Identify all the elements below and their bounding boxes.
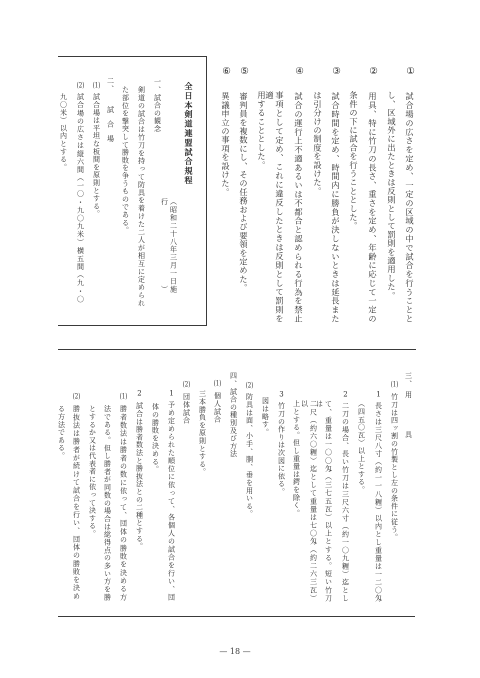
section-4-method-2-marker: (2) (72, 393, 81, 400)
section-4-sub-2-marker: 2 (135, 390, 144, 397)
section-4-item-1-marker: (1) (213, 380, 222, 387)
summary-point-4-line: 試合の運行上不適あるいは不都合と認められる行為を禁止 (294, 92, 304, 323)
box-right-border (206, 56, 207, 326)
section-3-sub-2-line: て、重量は一〇〇匁（三七五瓦）以上とする。短い竹刀は (324, 400, 333, 602)
section-3-sub-3-marker: 3 (277, 391, 286, 398)
summary-point-6-marker: ⑥ (221, 66, 231, 77)
section-3-item-2-marker: (2) (245, 382, 254, 389)
section-4-method-1-line: とするか又は代表者に依って決する。 (88, 405, 97, 538)
section-2-item-1-marker: (1) (92, 82, 101, 89)
summary-point-6-line: 異議申立の事項を設けた。 (221, 92, 231, 196)
box-top-border (58, 56, 207, 57)
regulation-title: 全日本剣道連盟試合規程 (184, 82, 194, 184)
section-1-number: 一、 (154, 78, 162, 94)
section-4-sub-1-marker: 1 (167, 390, 176, 397)
section-2-title: 試合場 (106, 106, 115, 150)
section-3-title: 用具 (404, 391, 413, 471)
section-3-item-2-line: 防具は面、小手、胴、垂を用いる。 (245, 393, 254, 518)
section-3-number: 三、 (404, 372, 413, 388)
section-3-sub-2-line: 二刀の場合、長い竹刀は三尺六寸（約一〇九糎）迄とし (341, 402, 350, 602)
section-4-number: 四、 (230, 372, 238, 388)
section-4-method-1-line: 法である。但し勝者が同数の場合は総得点の多い方を勝 (103, 405, 112, 601)
section-3-sub-1-line: （四五〇瓦）以上とする。 (357, 400, 366, 494)
section-4-method-1-line: 勝者数法は勝者の数に依って、団体の勝敗を決める方 (119, 405, 128, 601)
summary-point-3-line: 試合時間を定め、時間内に勝負が決しないときは延長また (331, 92, 341, 323)
section-4-item-1-line: 三本勝負を原則とする。 (198, 390, 207, 476)
section-3-sub-2-marker: 2 (341, 391, 350, 398)
section-4-method-2-line: 勝抜法は勝者が続けて試合を行い、団体の勝敗を決め (72, 405, 81, 600)
summary-point-4-line: 用することとした。 (257, 91, 267, 169)
section-2-number: 二、 (106, 77, 115, 93)
section-4-method-2-line: る方法である。 (57, 405, 66, 460)
summary-point-4-marker: ④ (294, 66, 304, 77)
section-3-item-1-marker: (1) (390, 381, 399, 388)
summary-point-1-line: 試合場の広さを定め、一定の区域の中で試合を行うことと (405, 92, 415, 323)
summary-point-1-line: し、区域外に出たときは反則として罰則を適用した。 (387, 91, 397, 300)
section-1-line: た部位を撃突して勝敗を争うものである。 (121, 86, 130, 234)
section-4-method-1-marker: (1) (119, 393, 128, 400)
section-2-item-2-marker: (2) (76, 82, 85, 89)
section-2-item-2-line: 試合場の広さは縦六間（一〇・九〇九米）横五間（九・〇 (76, 93, 85, 303)
section-3-sub-2-line: 二尺（約六〇糎）迄として重量は七〇匁（約二六三瓦）以 (309, 400, 318, 602)
section-2-item-2-line: 九〇米）以内とする。 (59, 93, 68, 171)
section-4-title: 試合の種別及び方法 (230, 388, 238, 458)
section-4-sub-2-line: 試合は勝者数法と勝抜法との二種とする。 (135, 402, 144, 550)
regulation-enacted-date: （昭和二十八年三月一日施行） (169, 198, 178, 293)
section-1-heading: 一、試合の観念 (153, 78, 162, 133)
section-3-sub-1-line: 長さは三尺八寸（約一一八糎）以内とし重量は一二〇匁 (374, 402, 383, 602)
summary-point-2-line: 条件の下に試合を行うこととした。 (349, 91, 359, 230)
section-1-line: 剣道の試合は竹刀を持って防具を着けた二人が相互に定められ (137, 86, 146, 307)
section-2-item-1-line: 試合場は平坦な板間を原則とする。 (92, 93, 101, 218)
summary-point-2-line: 用具、特に竹刀の長さ、重さを定め、年齢に応じて一定の (368, 92, 378, 323)
section-4-sub-1-line: 体の勝敗を決める。 (151, 403, 160, 473)
summary-point-3-line: は引分けの制度を設けた。 (313, 91, 323, 195)
section-1-title: 試合の観念 (154, 94, 162, 133)
summary-point-5-line: 審判員を複数にし、その任務および要領を定めた。 (239, 92, 249, 292)
section-3-sub-2-line: 上とする。但し重量は鍔を除く。 (292, 400, 301, 517)
section-4-item-1-title: 個人試合 (213, 392, 222, 423)
horizontal-divider (58, 349, 416, 351)
summary-point-5-marker: ⑤ (239, 66, 249, 77)
section-4-item-2-title: 団体試合 (182, 393, 191, 424)
section-3-sub-1-marker: 1 (374, 391, 383, 398)
summary-point-4-line: 事項として定め、これに違反したときは反則として罰則を適 (275, 91, 285, 323)
section-4-heading: 四、試合の種別及び方法 (229, 372, 238, 458)
summary-point-3-marker: ③ (331, 66, 341, 77)
section-3-item-1-line: 竹刀は四ッ割の竹製とし左の条件に従う。 (390, 393, 399, 541)
page-number: — 18 — (200, 647, 270, 656)
summary-point-1-marker: ① (405, 66, 415, 77)
section-3-sub-3-line: 竹刀の作りは次図に依る。 (277, 402, 286, 496)
bottom-rule (58, 616, 415, 618)
summary-point-2-marker: ② (368, 66, 378, 77)
section-3-sub-3-line: 図は略す。 (261, 397, 270, 436)
section-4-sub-1-line: 予め定められた順位に依って、各個人の試合を行い、団 (167, 401, 176, 601)
section-4-item-2-marker: (2) (182, 381, 191, 388)
box-bottom-border (58, 325, 207, 326)
